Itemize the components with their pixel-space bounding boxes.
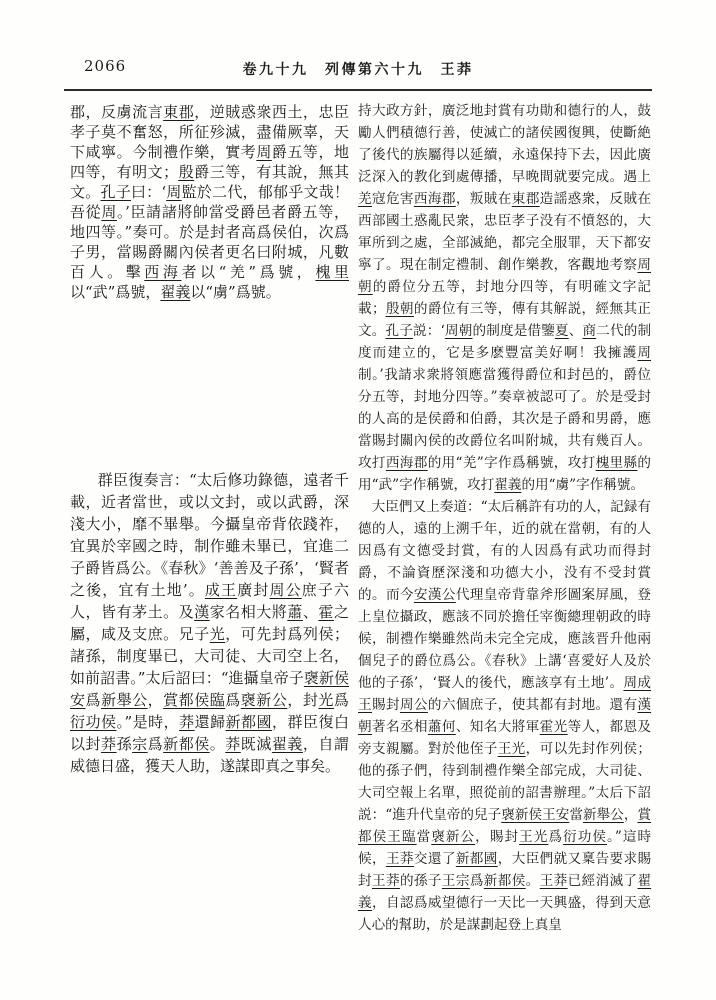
text-run: 賜封 [372,697,400,713]
text-run: 爲 [470,873,484,889]
proper-noun: 周公 [269,581,301,599]
text-run: 家名相大將 [210,603,288,621]
text-run: 既滅 [241,735,272,753]
text-run: 者以“羌”爲號， [181,263,315,281]
proper-noun: 西海 [144,263,181,281]
proper-noun: 蕭何 [428,719,456,735]
proper-noun: 新舉公 [101,691,148,709]
text-run: 爲 [548,829,563,845]
proper-noun: 槐里 [315,263,349,281]
proper-noun: 孔子 [100,183,130,201]
proper-noun: 殷朝 [386,301,414,317]
proper-noun: 槐里縣 [596,455,638,471]
proper-noun: 新都國 [456,851,498,867]
proper-noun: 周 [637,345,651,361]
text-run: 以“武”爲號， [70,283,160,301]
proper-noun: 莽 [225,735,241,753]
proper-noun: 安漢公 [414,587,456,603]
proper-noun: 周公 [400,697,428,713]
text-run: 的六個庶子，使其都有封地。還有 [428,697,638,713]
translation-paragraph: 大臣們又上奏道：“太后稱許有功的人，記録有德的人，遠的上溯千年，近的就在當朝，有… [358,496,651,936]
text-run: 、知名大將軍 [456,719,540,735]
proper-noun: 新都侯 [163,735,210,753]
proper-noun: 新都國 [226,713,272,731]
proper-noun: 莽 [179,713,195,731]
text-run: ， [148,691,164,709]
text-run: ，賜封 [475,829,519,845]
header-divider-rule [64,89,652,91]
text-run: 孫 [117,735,133,753]
proper-noun: 光 [318,691,334,709]
proper-noun: 孔子 [386,323,414,339]
proper-noun: 王光 [519,829,548,845]
text-run: 當 [569,807,583,823]
translation-text-column: 持大政方針，廣泛地封賞有功勛和德行的人，鼓勵人們積德行善，使滅亡的諸侯國復興，使… [358,100,651,936]
proper-noun: 襃新公 [431,829,475,845]
text-run: 廣封 [237,581,269,599]
proper-noun: 莽 [101,735,117,753]
text-run: 爲 [148,735,164,753]
text-run: 説：‘ [413,323,445,339]
text-run: 、 [303,603,319,621]
proper-noun: 翟義 [160,283,190,301]
running-header-title: 卷九十九 列傳第六十九 王莽 [0,59,716,79]
proper-noun: 襃新侯王安 [501,807,569,823]
proper-noun: 衍功侯 [70,713,116,731]
proper-noun: 周 [101,203,117,221]
text-run: 。”是時， [116,713,179,731]
text-run: 當 [417,829,432,845]
text-run: 的用“虜”字作稱號。 [521,477,644,493]
proper-noun: 宗 [132,735,148,753]
text-run: 以“虜”爲號。 [190,283,280,301]
proper-noun: 光 [210,625,226,643]
text-run: 交還了 [414,851,456,867]
text-run: ， [624,807,638,823]
text-run: 。 [210,735,226,753]
proper-noun: 翟義 [494,477,521,493]
text-run: 持大政方針，廣泛地封賞有功勛和德行的人，鼓勵人們積德行善，使滅亡的諸侯國復興，使… [358,103,651,185]
proper-noun: 王莽 [540,873,568,889]
proper-noun: 新都侯 [484,873,526,889]
proper-noun: 周 [166,183,181,201]
text-run: 已經消滅了 [568,873,638,889]
text-run: 爲 [86,691,102,709]
proper-noun: 新舉公 [583,807,624,823]
text-run: 還歸 [195,713,226,731]
proper-noun: 殷 [178,163,194,181]
text-run: 。 [526,873,540,889]
classical-paragraph: 群臣復奏言：“太后修功錄德，遠者千載，近者當世，或以文封，或以武爵，深淺大小，靡… [70,469,349,777]
proper-noun: 西海郡 [386,455,428,471]
proper-noun: 夏 [555,323,569,339]
proper-noun: 周 [256,143,272,161]
proper-noun: 東郡 [163,103,194,121]
text-run: 、 [569,323,583,339]
text-run: 爲 [334,691,349,709]
text-run: 的用“羌”字作爲稱號，攻打 [428,455,596,471]
text-run: 的制度是借鑒 [472,323,554,339]
proper-noun: 成王 [205,581,237,599]
text-run: 著名丞相 [372,719,428,735]
proper-noun: 賞都侯臨 [163,691,225,709]
proper-noun: 東郡 [512,191,540,207]
proper-noun: 西海郡 [414,191,456,207]
text-run: ，封 [287,691,318,709]
text-run: 的孫子 [400,873,442,889]
classical-text-column: 郡，反虜流言東郡，逆賊惑衆西土，忠臣孝子莫不奮怒，所征殄滅，盡備厥辜，天下咸寧。… [70,102,349,777]
proper-noun: 王光 [498,741,526,757]
proper-noun: 襃新公 [241,691,288,709]
book-page: 2066 卷九十九 列傳第六十九 王莽 郡，反虜流言東郡，逆賊惑衆西土，忠臣孝子… [0,0,716,1000]
text-run: 曰：‘ [131,183,166,201]
proper-noun: 周朝 [445,323,473,339]
text-run: 爲 [225,691,241,709]
text-run: 郡，反虜流言 [70,103,163,121]
proper-noun: 商 [582,323,596,339]
proper-noun: 蕭 [287,603,303,621]
proper-noun: 王宗 [442,873,470,889]
proper-noun: 王莽 [372,873,400,889]
translation-paragraph: 持大政方針，廣泛地封賞有功勛和德行的人，鼓勵人們積德行善，使滅亡的諸侯國復興，使… [358,100,651,496]
classical-paragraph: 郡，反虜流言東郡，逆賊惑衆西土，忠臣孝子莫不奮怒，所征殄滅，盡備厥辜，天下咸寧。… [70,102,349,302]
proper-noun: 霍 [318,603,334,621]
text-run: ，叛賊在 [456,191,512,207]
proper-noun: 羌 [358,191,372,207]
proper-noun: 王莽 [386,851,414,867]
proper-noun: 衍功侯 [563,829,607,845]
proper-noun: 霍光 [540,719,568,735]
proper-noun: 漢 [194,603,210,621]
text-run: 群臣復奏言：“太后修功錄德，遠者千載，近者當世，或以文封，或以武爵，深淺大小，靡… [70,471,349,599]
text-run: 寇危害 [372,191,414,207]
proper-noun: 翟義 [272,735,303,753]
text-run: ，自認爲威望德行一天比一天興盛，得到天意人心的幫助，於是謀劃起登上真皇 [358,895,651,933]
